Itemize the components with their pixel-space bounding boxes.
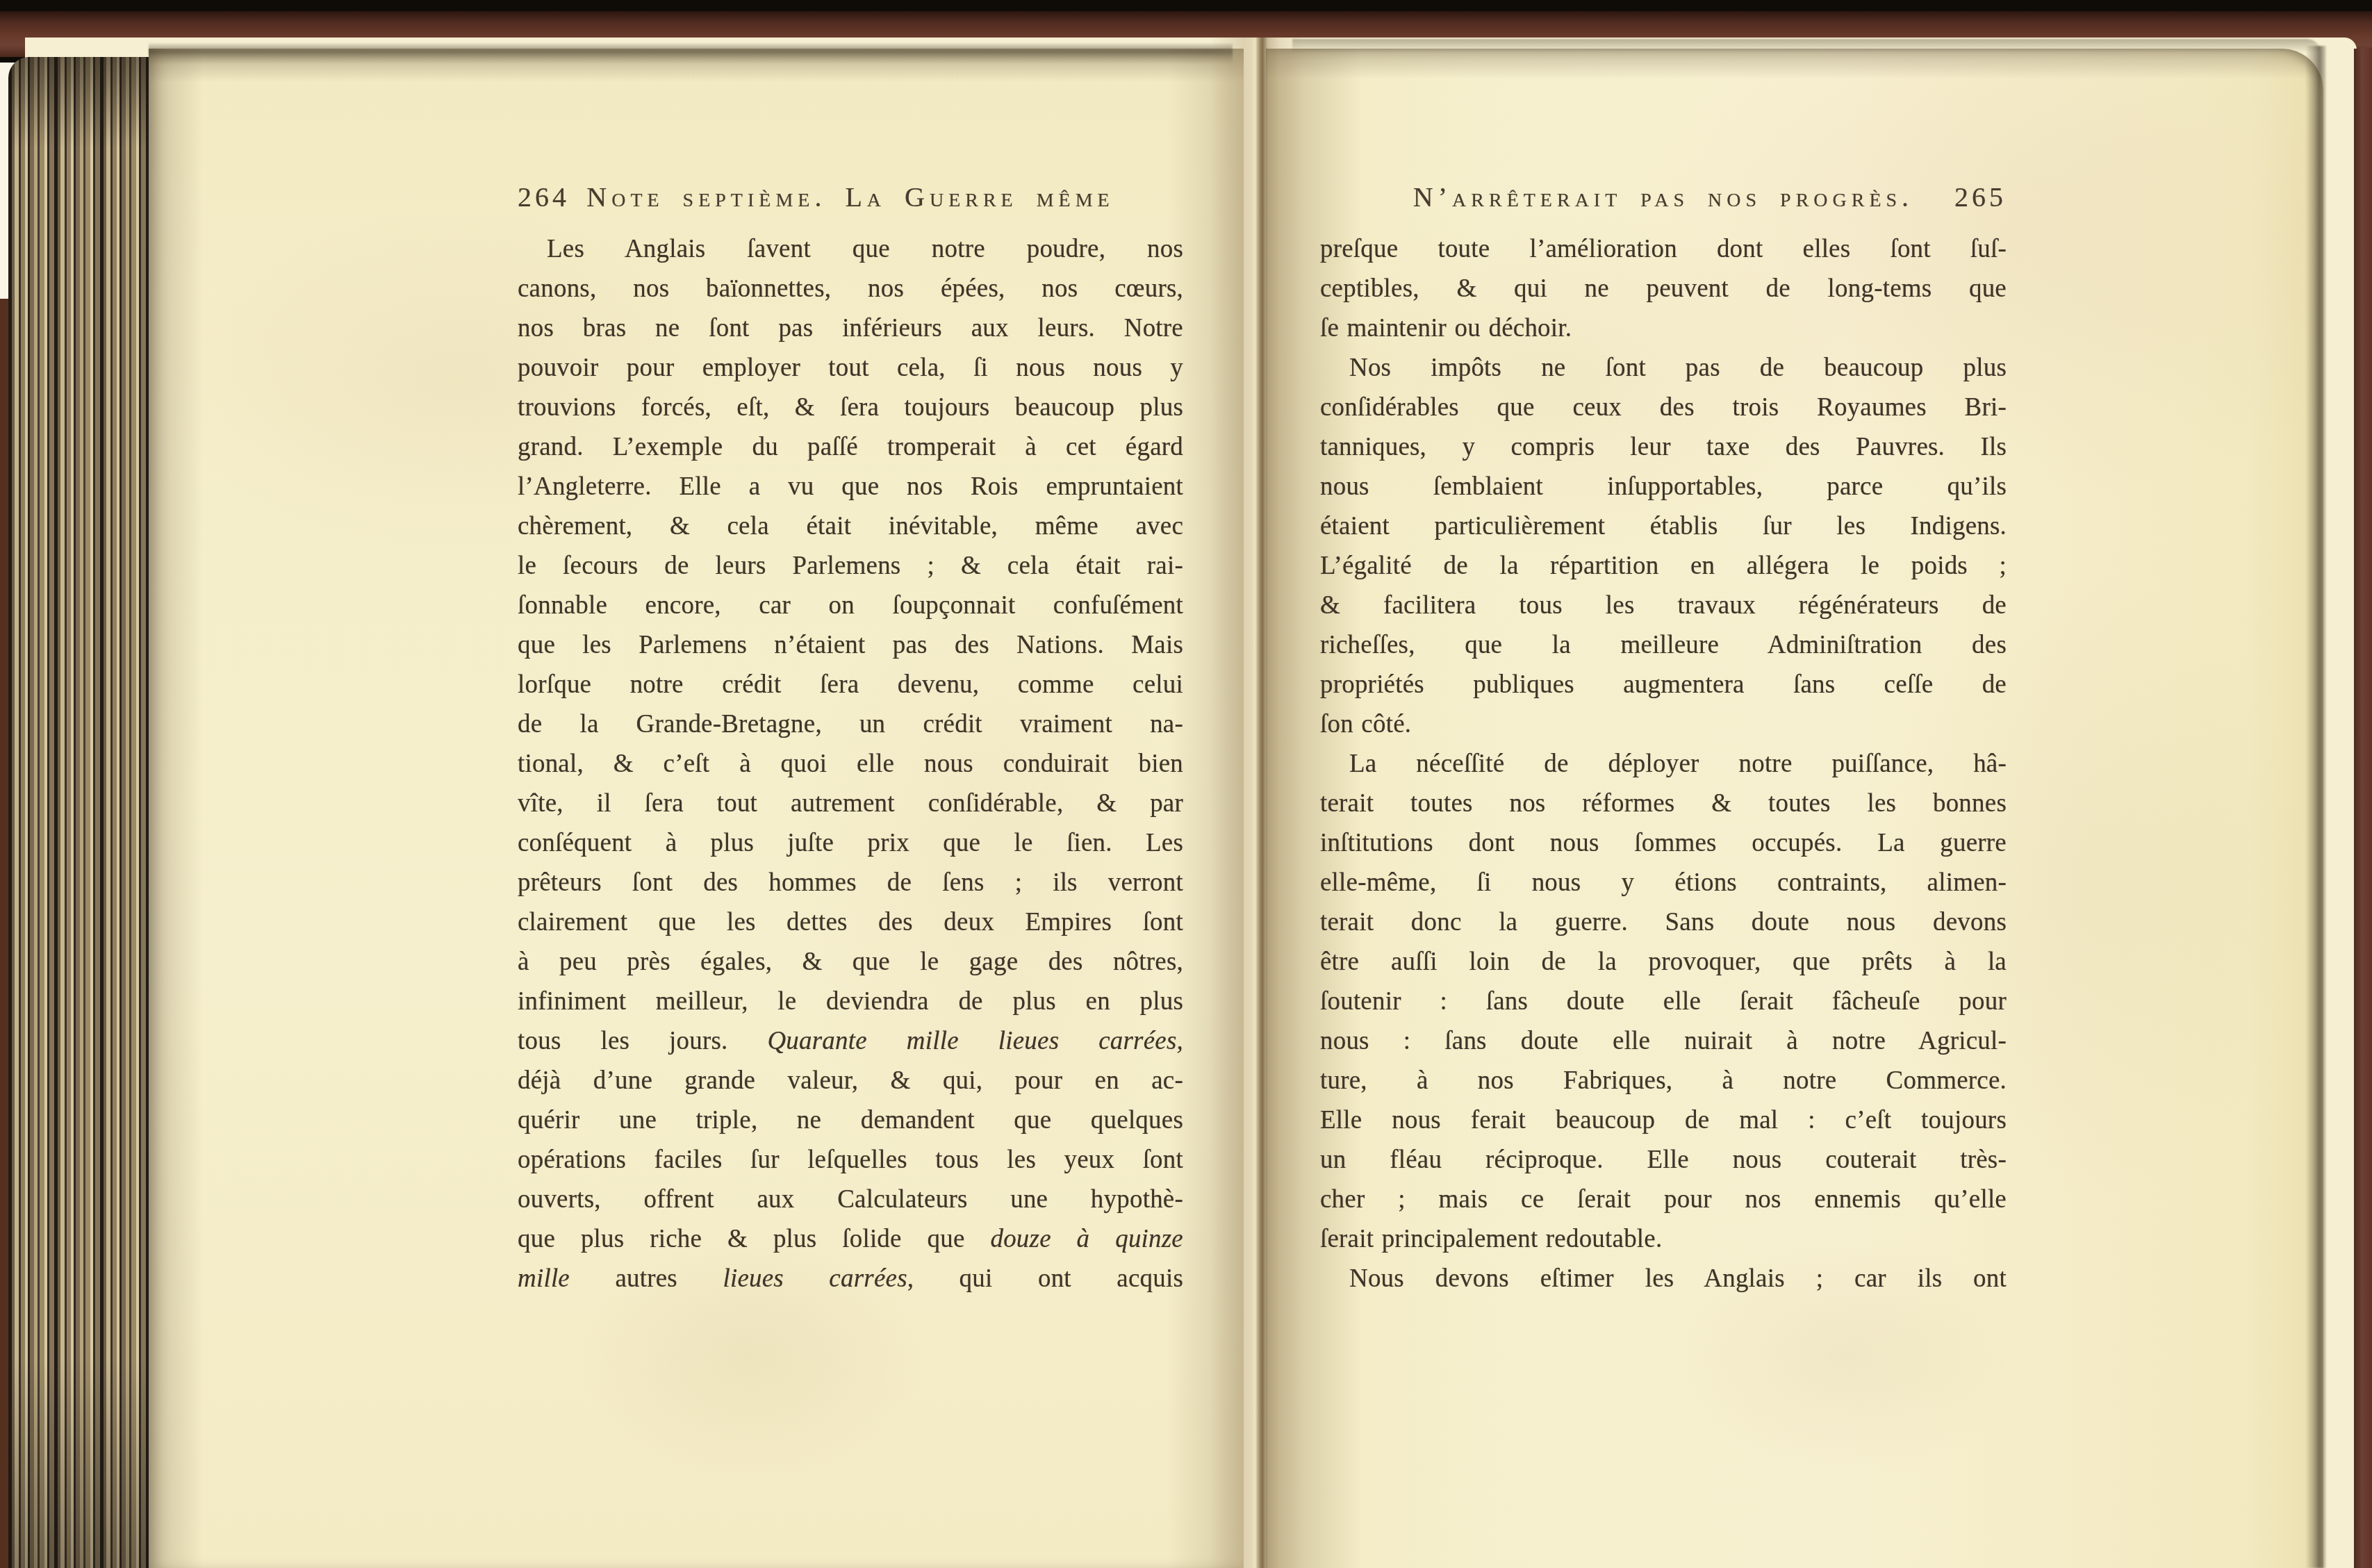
text-line: tional, & c’eſt à quoi elle nous conduir… — [518, 744, 1183, 784]
text-line: conſidérables que ceux des trois Royaume… — [1320, 388, 2007, 427]
text-segment: autres — [570, 1264, 723, 1293]
book-spread-photo: 264 Note septième. La Guerre même Les An… — [0, 0, 2372, 1568]
text-line: un fléau réciproque. Elle nous couterait… — [1320, 1140, 2007, 1180]
text-segment: terait toutes nos réformes & toutes les … — [1320, 789, 2007, 818]
text-line: & facilitera tous les travaux régénérate… — [1320, 586, 2007, 625]
text-line: canons, nos baïonnettes, nos épées, nos … — [518, 269, 1183, 308]
text-segment: preſque toute l’amélioration dont elles … — [1320, 235, 2007, 263]
text-segment: tional, & c’eſt à quoi elle nous conduir… — [518, 750, 1183, 778]
text-line: quérir une triple, ne demandent que quel… — [518, 1100, 1183, 1140]
text-segment: conſéquent à plus juſte prix que le ſien… — [518, 829, 1183, 857]
text-segment: cher ; mais ce ſerait pour nos ennemis q… — [1320, 1185, 2007, 1214]
running-header-right: N’arrêterait pas nos progrès. 265 — [1320, 179, 2007, 229]
text-segment: pouvoir pour employer tout cela, ſi nous… — [518, 354, 1183, 382]
text-segment: Nous devons eſtimer les Anglais ; car il… — [1349, 1264, 2007, 1293]
text-line: chèrement, & cela était inévitable, même… — [518, 506, 1183, 546]
right-page-fore-edge — [2305, 46, 2326, 1568]
text-line: ſoutenir : ſans doute elle ſerait fâcheu… — [1320, 982, 2007, 1021]
text-line: grand. L’exemple du paſſé tromperait à c… — [518, 427, 1183, 467]
text-segment: ſonnable encore, car on ſoupçonnait conf… — [518, 591, 1183, 620]
text-line: preſque toute l’amélioration dont elles … — [1320, 229, 2007, 269]
text-segment: Elle nous ferait beaucoup de mal : c’eſt… — [1320, 1106, 2007, 1134]
text-line: déjà d’une grande valeur, & qui, pour en… — [518, 1061, 1183, 1100]
text-segment: étaient particulièrement établis ſur les… — [1320, 512, 2007, 540]
text-line: le ſecours de leurs Parlemens ; & cela é… — [518, 546, 1183, 586]
text-line: Elle nous ferait beaucoup de mal : c’eſt… — [1320, 1100, 2007, 1140]
text-line: trouvions forcés, eſt, & ſera toujours b… — [518, 388, 1183, 427]
text-segment: que les Parlemens n’étaient pas des Nati… — [518, 631, 1183, 659]
text-line: ſerait principalement redoutable. — [1320, 1219, 2007, 1259]
text-line: l’Angleterre. Elle a vu que nos Rois emp… — [518, 467, 1183, 506]
text-line: nous : ſans doute elle nuirait à notre A… — [1320, 1021, 2007, 1061]
text-line: cher ; mais ce ſerait pour nos ennemis q… — [1320, 1180, 2007, 1219]
text-line: propriétés publiques augmentera ſans ceſ… — [1320, 665, 2007, 704]
text-segment: canons, nos baïonnettes, nos épées, nos … — [518, 274, 1183, 303]
text-segment: un fléau réciproque. Elle nous couterait… — [1320, 1146, 2007, 1174]
text-segment: l’Angleterre. Elle a vu que nos Rois emp… — [518, 472, 1183, 501]
text-segment: prêteurs ſont des hommes de ſens ; ils v… — [518, 868, 1183, 897]
text-segment: ceptibles, & qui ne peuvent de long-tems… — [1320, 274, 2007, 303]
text-segment: trouvions forcés, eſt, & ſera toujours b… — [518, 393, 1183, 422]
left-page-text: 264 Note septième. La Guerre même Les An… — [518, 179, 1183, 1298]
text-segment: inſtitutions dont nous ſommes occupés. L… — [1320, 829, 2007, 857]
right-page-top-deckle-edge — [1292, 39, 2321, 53]
text-segment: elle-même, ſi nous y étions contraints, … — [1320, 868, 2007, 897]
text-segment: ſerait principalement redoutable. — [1320, 1225, 1662, 1253]
running-header-text-right: N’arrêterait pas nos progrès. — [1320, 179, 2007, 215]
text-line: conſéquent à plus juſte prix que le ſien… — [518, 823, 1183, 863]
text-line: terait donc la guerre. Sans doute nous d… — [1320, 902, 2007, 942]
text-line: elle-même, ſi nous y étions contraints, … — [1320, 863, 2007, 902]
text-segment: propriétés publiques augmentera ſans ceſ… — [1320, 670, 2007, 699]
text-line: inſtitutions dont nous ſommes occupés. L… — [1320, 823, 2007, 863]
text-line: tanniques, y compris leur taxe des Pauvr… — [1320, 427, 2007, 467]
left-page-top-deckle-edge — [149, 43, 1233, 64]
text-segment: à peu près égales, & que le gage des nôt… — [518, 948, 1183, 976]
text-segment: chèrement, & cela était inévitable, même… — [518, 512, 1183, 540]
text-segment: clairement que les dettes des deux Empir… — [518, 908, 1183, 936]
text-segment: vîte, il ſera tout autrement conſidérabl… — [518, 789, 1183, 818]
text-line: de la Grande-Bretagne, un crédit vraimen… — [518, 704, 1183, 744]
text-line: lorſque notre crédit ſera devenu, comme … — [518, 665, 1183, 704]
text-segment: ſe maintenir ou déchoir. — [1320, 314, 1572, 343]
text-line: pouvoir pour employer tout cela, ſi nous… — [518, 348, 1183, 388]
text-segment: ouverts, offrent aux Calculateurs une hy… — [518, 1185, 1183, 1214]
text-line: être auſſi loin de la provoquer, que prê… — [1320, 942, 2007, 982]
text-segment: déjà d’une grande valeur, & qui, pour en… — [518, 1066, 1183, 1095]
right-page-body: preſque toute l’amélioration dont elles … — [1320, 229, 2007, 1298]
text-line: nous ſemblaient inſupportables, parce qu… — [1320, 467, 2007, 506]
text-segment: tanniques, y compris leur taxe des Pauvr… — [1320, 433, 2007, 461]
text-segment: & facilitera tous les travaux régénérate… — [1320, 591, 2007, 620]
text-segment: nos bras ne ſont pas inférieurs aux leur… — [518, 314, 1183, 343]
text-line: Nous devons eſtimer les Anglais ; car il… — [1320, 1259, 2007, 1298]
text-segment: conſidérables que ceux des trois Royaume… — [1320, 393, 2007, 422]
text-line: ſon côté. — [1320, 704, 2007, 744]
text-segment: , qui ont acquis — [907, 1264, 1183, 1293]
text-line: richeſſes, que la meilleure Adminiſtrati… — [1320, 625, 2007, 665]
italic-text-segment: douze à quinze — [990, 1225, 1183, 1253]
text-line: que plus riche & plus ſolide que douze à… — [518, 1219, 1183, 1259]
text-line: L’égalité de la répartition en allégera … — [1320, 546, 2007, 586]
text-segment: lorſque notre crédit ſera devenu, comme … — [518, 670, 1183, 699]
text-line: La néceſſité de déployer notre puiſſance… — [1320, 744, 2007, 784]
text-segment: grand. L’exemple du paſſé tromperait à c… — [518, 433, 1183, 461]
text-line: ſonnable encore, car on ſoupçonnait conf… — [518, 586, 1183, 625]
italic-text-segment: mille — [518, 1264, 570, 1293]
text-segment: de la Grande-Bretagne, un crédit vraimen… — [518, 710, 1183, 738]
text-segment: quérir une triple, ne demandent que quel… — [518, 1106, 1183, 1134]
text-segment: ture, à nos Fabriques, à notre Commerce. — [1320, 1066, 2007, 1095]
page-number-left: 264 — [518, 179, 570, 215]
text-line: infiniment meilleur, le deviendra de plu… — [518, 982, 1183, 1021]
text-line: ceptibles, & qui ne peuvent de long-tems… — [1320, 269, 2007, 308]
text-segment: que plus riche & plus ſolide que — [518, 1225, 990, 1253]
book-cover-right-edge — [2354, 49, 2372, 1568]
text-line: ture, à nos Fabriques, à notre Commerce. — [1320, 1061, 2007, 1100]
text-line: mille autres lieues carrées, qui ont acq… — [518, 1259, 1183, 1298]
text-segment: le ſecours de leurs Parlemens ; & cela é… — [518, 552, 1183, 580]
text-segment: ſon côté. — [1320, 710, 1411, 738]
running-header-left: 264 Note septième. La Guerre même — [518, 179, 1183, 229]
text-segment: L’égalité de la répartition en allégera … — [1320, 552, 2007, 580]
text-segment: richeſſes, que la meilleure Adminiſtrati… — [1320, 631, 2007, 659]
fore-edge-leaf-stack — [8, 57, 150, 1568]
italic-text-segment: Quarante mille lieues carrées, — [767, 1027, 1183, 1055]
text-segment: infiniment meilleur, le deviendra de plu… — [518, 987, 1183, 1016]
text-line: Les Anglais ſavent que notre poudre, nos — [518, 229, 1183, 269]
text-line: vîte, il ſera tout autrement conſidérabl… — [518, 784, 1183, 823]
text-segment: nous ſemblaient inſupportables, parce qu… — [1320, 472, 2007, 501]
text-segment: opérations faciles ſur leſquelles tous l… — [518, 1146, 1183, 1174]
text-line: prêteurs ſont des hommes de ſens ; ils v… — [518, 863, 1183, 902]
text-segment: terait donc la guerre. Sans doute nous d… — [1320, 908, 2007, 936]
text-line: à peu près égales, & que le gage des nôt… — [518, 942, 1183, 982]
text-line: ouverts, offrent aux Calculateurs une hy… — [518, 1180, 1183, 1219]
text-line: opérations faciles ſur leſquelles tous l… — [518, 1140, 1183, 1180]
text-segment: La néceſſité de déployer notre puiſſance… — [1349, 750, 2007, 778]
page-number-right: 265 — [1954, 179, 2007, 215]
text-segment: nous : ſans doute elle nuirait à notre A… — [1320, 1027, 2007, 1055]
text-segment: ſoutenir : ſans doute elle ſerait fâcheu… — [1320, 987, 2007, 1016]
running-header-text-left: Note septième. La Guerre même — [518, 179, 1183, 215]
text-segment: être auſſi loin de la provoquer, que prê… — [1320, 948, 2007, 976]
text-line: que les Parlemens n’étaient pas des Nati… — [518, 625, 1183, 665]
text-line: terait toutes nos réformes & toutes les … — [1320, 784, 2007, 823]
text-line: nos bras ne ſont pas inférieurs aux leur… — [518, 308, 1183, 348]
text-segment: Nos impôts ne ſont pas de beaucoup plus — [1349, 354, 2007, 382]
right-page-text: N’arrêterait pas nos progrès. 265 preſqu… — [1320, 179, 2007, 1298]
text-line: Nos impôts ne ſont pas de beaucoup plus — [1320, 348, 2007, 388]
italic-text-segment: lieues carrées — [723, 1264, 907, 1293]
text-segment: tous les jours. — [518, 1027, 767, 1055]
gutter-fold — [1210, 38, 1303, 1568]
text-segment: Les Anglais ſavent que notre poudre, nos — [547, 235, 1183, 263]
left-page-body: Les Anglais ſavent que notre poudre, nos… — [518, 229, 1183, 1298]
text-line: étaient particulièrement établis ſur les… — [1320, 506, 2007, 546]
text-line: ſe maintenir ou déchoir. — [1320, 308, 2007, 348]
text-line: clairement que les dettes des deux Empir… — [518, 902, 1183, 942]
text-line: tous les jours. Quarante mille lieues ca… — [518, 1021, 1183, 1061]
